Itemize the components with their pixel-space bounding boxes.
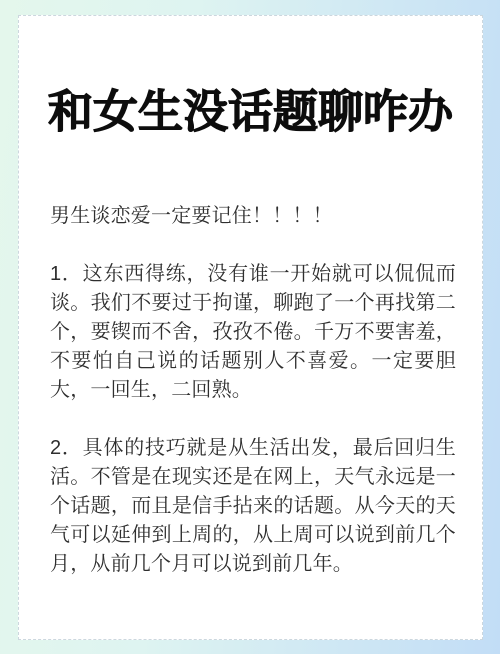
post-body: 男生谈恋爱一定要记住！！！！ 1．这东西得练，没有谁一开始就可以侃侃而谈。我们不… [19,202,482,579]
paragraph-2: 2．具体的技巧就是从生活出发，最后回归生活。不管是在现实还是在网上，天气永远是一… [50,434,456,579]
post-title: 和女生没话题聊咋办 [19,84,482,140]
paragraph-1: 1．这东西得练，没有谁一开始就可以侃侃而谈。我们不要过于拘谨，聊跑了一个再找第二… [50,260,456,405]
intro-line: 男生谈恋爱一定要记住！！！！ [50,202,456,231]
post-background: 和女生没话题聊咋办 男生谈恋爱一定要记住！！！！ 1．这东西得练，没有谁一开始就… [0,0,500,654]
post-card: 和女生没话题聊咋办 男生谈恋爱一定要记住！！！！ 1．这东西得练，没有谁一开始就… [18,15,483,640]
